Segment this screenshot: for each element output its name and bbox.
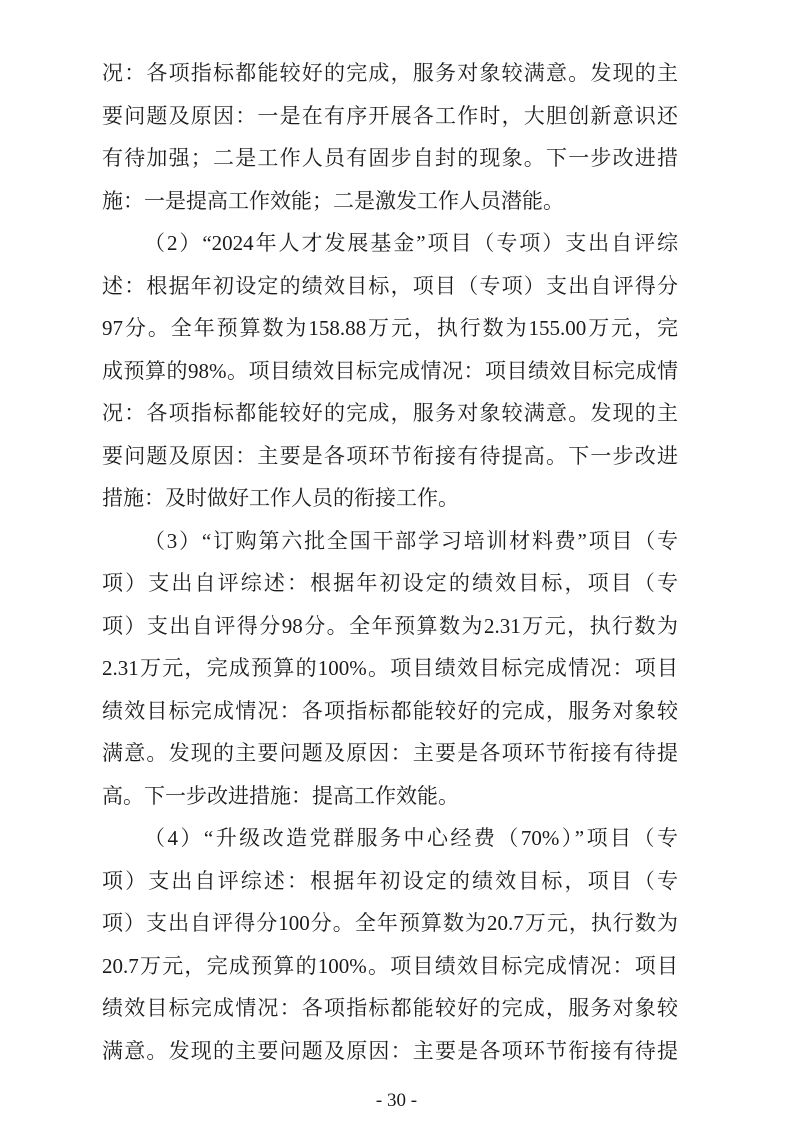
text-line: 述：根据年初设定的绩效目标，项目（专项）支出自评得分	[102, 265, 678, 308]
text-line: 况：各项指标都能较好的完成，服务对象较满意。发现的主	[102, 392, 678, 435]
text-line: （2）“2024年人才发展基金”项目（专项）支出自评综	[102, 222, 678, 265]
text-line: 绩效目标完成情况：各项指标都能较好的完成，服务对象较	[102, 690, 678, 733]
text-line: 有待加强；二是工作人员有固步自封的现象。下一步改进措	[102, 137, 678, 180]
document-page: 况：各项指标都能较好的完成，服务对象较满意。发现的主要问题及原因：一是在有序开展…	[0, 0, 793, 1122]
document-body: 况：各项指标都能较好的完成，服务对象较满意。发现的主要问题及原因：一是在有序开展…	[102, 52, 678, 1072]
text-line: 项）支出自评综述：根据年初设定的绩效目标，项目（专	[102, 562, 678, 605]
text-line: 项）支出自评得分100分。全年预算数为20.7万元，执行数为	[102, 902, 678, 945]
text-line: 高。下一步改进措施：提高工作效能。	[102, 775, 678, 818]
text-line: 要问题及原因：主要是各项环节衔接有待提高。下一步改进	[102, 435, 678, 478]
text-line: 绩效目标完成情况：各项指标都能较好的完成，服务对象较	[102, 987, 678, 1030]
text-line: 20.7万元，完成预算的100%。项目绩效目标完成情况：项目	[102, 945, 678, 988]
text-line: 满意。发现的主要问题及原因：主要是各项环节衔接有待提	[102, 1030, 678, 1073]
text-line: 要问题及原因：一是在有序开展各工作时，大胆创新意识还	[102, 95, 678, 138]
text-line: 措施：及时做好工作人员的衔接工作。	[102, 477, 678, 520]
text-line: 况：各项指标都能较好的完成，服务对象较满意。发现的主	[102, 52, 678, 95]
text-line: 项）支出自评综述：根据年初设定的绩效目标，项目（专	[102, 860, 678, 903]
text-line: 项）支出自评得分98分。全年预算数为2.31万元，执行数为	[102, 605, 678, 648]
text-line: 2.31万元，完成预算的100%。项目绩效目标完成情况：项目	[102, 647, 678, 690]
page-number: - 30 -	[376, 1090, 417, 1111]
text-line: 97分。全年预算数为158.88万元，执行数为155.00万元，完	[102, 307, 678, 350]
text-line: （4）“升级改造党群服务中心经费（70%）”项目（专	[102, 817, 678, 860]
page-footer: - 30 -	[0, 1090, 793, 1112]
text-line: 成预算的98%。项目绩效目标完成情况：项目绩效目标完成情	[102, 350, 678, 393]
text-line: 施：一是提高工作效能；二是激发工作人员潜能。	[102, 180, 678, 223]
text-line: 满意。发现的主要问题及原因：主要是各项环节衔接有待提	[102, 732, 678, 775]
text-line: （3）“订购第六批全国干部学习培训材料费”项目（专	[102, 520, 678, 563]
